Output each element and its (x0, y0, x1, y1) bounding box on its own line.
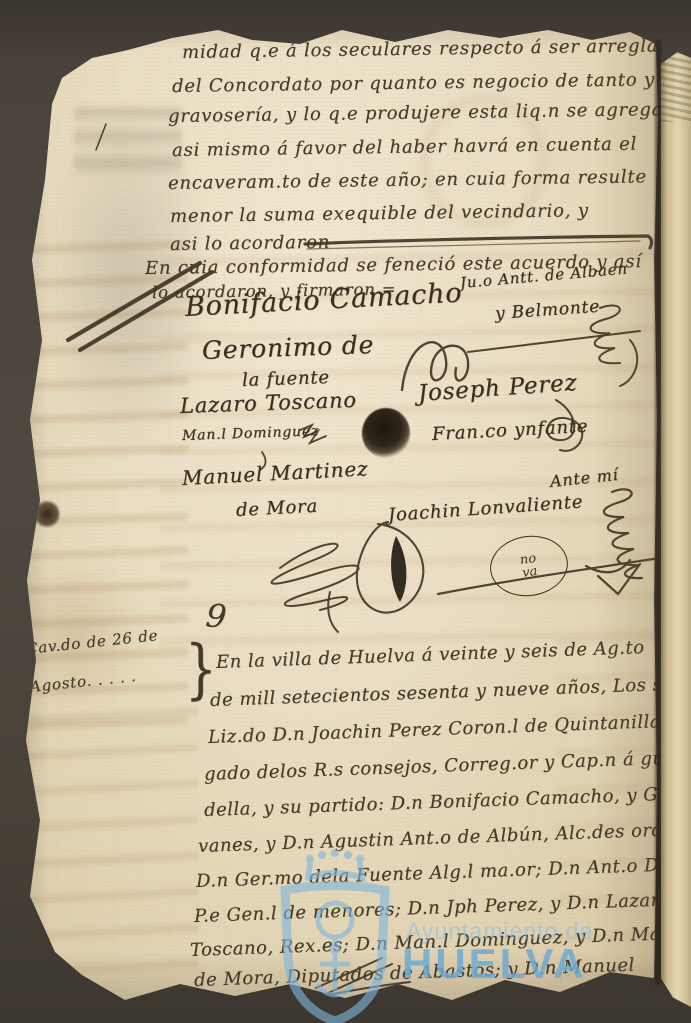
faded-stamp-ghost (74, 96, 182, 206)
manuscript-line: de mill setecientos sesenta y nueve años… (210, 672, 691, 711)
signature-albaen-line2: y Belmonte (494, 297, 600, 324)
signature-geronimo-line1: Geronimo de (201, 330, 374, 365)
no-va-correction-mark: no va (486, 531, 572, 601)
signature-manuel-martinez-line2: de Mora (235, 496, 318, 521)
manuscript-line: menor la suma exequible del vecindario, … (170, 200, 589, 227)
signature-manuel-martinez-line1: Manuel Martinez (181, 456, 368, 490)
pen-tick (96, 124, 106, 150)
manuscript-line: Liz.do D.n Joachin Perez Coron.l de Quin… (208, 709, 691, 748)
manuscript-line: gravosería, y lo q.e produjere esta liq.… (168, 99, 684, 127)
margin-note-line2: Agosto. . . . . (29, 667, 137, 696)
manuscript-line: asi lo acordaron (170, 232, 330, 255)
gutter-shadow (655, 40, 661, 985)
scan-background: midad q.e á los seculares respecto á ser… (0, 0, 691, 1023)
margin-note-line1: Cav.do de 26 de (25, 626, 159, 658)
ink-blot (362, 408, 410, 458)
manuscript-line: della, y su partido: D.n Bonifacio Camac… (204, 783, 683, 821)
lonvaliente-coil-rubric (586, 489, 642, 594)
adjacent-page-edge (661, 52, 691, 1007)
ink-bleedthrough (8, 700, 198, 980)
manuscript-line: encaveram.to de este año; en cuia forma … (168, 166, 647, 194)
manuscript-line: D.n Ger.mo dela Fuente Alg.l ma.or; D.n … (196, 854, 687, 892)
manuscript-page: midad q.e á los seculares respecto á ser… (0, 0, 691, 1023)
manuscript-line: de Mora, Diputados de Abastos; y D.n Man… (194, 955, 635, 991)
manuscript-line: gado delos R.s consejos, Correg.or y Cap… (204, 747, 691, 785)
manuscript-line: asi mismo á favor del haber havrá en cue… (172, 134, 637, 161)
manuscript-line: midad q.e á los seculares respecto á ser… (182, 35, 683, 63)
closing-rule (305, 236, 652, 248)
manuscript-line: vanes, y D.n Agustin Ant.o de Albún, Alc… (198, 818, 691, 857)
manuscript-line: En la villa de Huelva á veinte y seis de… (216, 637, 645, 673)
mora-spiral-rubric (272, 544, 359, 632)
signature-lazaro-toscano: Lazaro Toscano (180, 388, 358, 418)
heavy-oval-loop (357, 522, 423, 613)
stray-pen-digit: 9 (204, 596, 229, 636)
closing-rule-echo (307, 241, 640, 249)
manuscript-line: P.e Gen.l de menores; D.n Jph Perez, y D… (194, 889, 672, 927)
signature-francisco-ynfante: Fran.co ynfante (431, 416, 588, 445)
signature-joachin-lonvaliente: Joachin Lonvaliente (387, 491, 584, 526)
heavy-ink-comma (391, 536, 406, 602)
manuscript-line: del Concordato por quanto es negocio de … (172, 69, 655, 97)
page-edge-mottling (661, 52, 691, 122)
signature-manuel-dominguez: Man.l Dominguez (182, 423, 320, 444)
ante-mi-note: Ante mí (549, 465, 619, 491)
signature-geronimo-line2: la fuente (242, 367, 330, 391)
ink-spot (34, 500, 60, 528)
signature-joseph-perez: Joseph Perez (417, 370, 578, 407)
no-va-word2: va (522, 565, 539, 580)
